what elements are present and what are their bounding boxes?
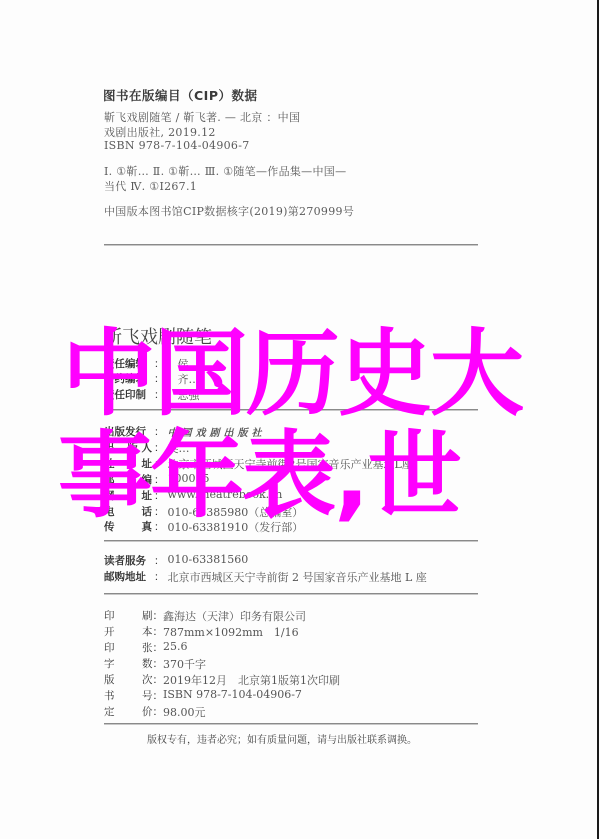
publisher-row: 传真： 010-63381910（发行部） xyxy=(104,519,303,535)
key-char: 邮 xyxy=(104,472,115,487)
copyright-page: 图书在版编目（CIP）数据 靳飞戏剧随笔 / 靳飞著. — 北京 ：中国 戏剧出… xyxy=(0,0,596,839)
printing-row: 印刷：鑫海达（天津）印务有限公司 xyxy=(104,608,306,624)
printing-key-b: 次 xyxy=(142,672,153,688)
cip-title: 图书在版编目（CIP）数据 xyxy=(103,86,258,104)
cip-isbn: ISBN 978-7-104-04906-7 xyxy=(104,139,250,152)
key-char: 编 xyxy=(142,472,153,487)
key-char: 话 xyxy=(142,504,153,520)
publisher-row: 邮编： 100055 xyxy=(104,472,210,487)
printing-row: 印张：25.6 xyxy=(104,640,188,655)
mail-order-key: 邮购地址 xyxy=(104,569,154,585)
editor-row: 责任编辑： 侯… xyxy=(104,356,200,372)
publisher-name: 中国戏剧出版社 xyxy=(168,424,266,439)
key-char: 网 xyxy=(104,488,115,503)
mail-order-row: 邮购地址： 北京市西城区天宁寺前街 2 号国家音乐产业基地 L 座 xyxy=(104,569,427,585)
printing-row: 定价：98.00元 xyxy=(104,704,206,720)
printing-row: 书号：ISBN 978-7-104-04906-7 xyxy=(104,688,302,703)
key-char: 出 xyxy=(104,440,115,456)
key-char: 电 xyxy=(104,504,115,520)
printing-key-a: 定 xyxy=(104,704,142,720)
editor-value: 志强 xyxy=(178,387,200,403)
publisher-fax: 010-63381910（发行部） xyxy=(168,519,304,535)
isbn-value: ISBN 978-7-104-04906-7 xyxy=(163,688,302,703)
publisher-address: 北京市西城区天宁寺前街2号国家音乐产业基地L座 xyxy=(168,456,413,472)
cip-line: 靳飞戏剧随笔 / 靳飞著. — 北京 ：中国 xyxy=(104,109,300,125)
editor-key: 责任编辑 xyxy=(104,356,154,372)
key-char: 传 xyxy=(104,519,115,535)
printing-key-a: 印 xyxy=(104,608,142,624)
printing-key-b: 本 xyxy=(142,624,153,640)
reader-service-row: 读者服务： 010-63381560 xyxy=(104,553,248,568)
edition-value: 2019年12月 北京第1版第1次印刷 xyxy=(163,672,340,688)
publisher-row: 出版发行： 中国戏剧出版社 xyxy=(104,424,266,439)
editor-key: 责任印制 xyxy=(104,387,154,403)
publisher-phone: 010-63385980（总编室） xyxy=(168,504,304,520)
editor-row: 特约编辑： 齐… xyxy=(104,371,200,387)
printing-key-b: 号 xyxy=(142,688,153,703)
editor-value: 侯… xyxy=(178,356,200,372)
printing-row: 字数：370千字 xyxy=(104,656,206,672)
publisher-person: 樊… xyxy=(168,440,190,456)
cip-classification: 当代 Ⅳ. ①I267.1 xyxy=(104,178,197,194)
publisher-key: 出版发行 xyxy=(104,424,154,439)
cip-library-record: 中国版本图书馆CIP数据核字(2019)第270999号 xyxy=(104,203,354,219)
publisher-website: www.theatrebook.cn xyxy=(168,488,283,503)
divider xyxy=(104,409,478,411)
editor-value: 齐… xyxy=(178,371,200,387)
editor-key: 特约编辑 xyxy=(104,371,154,387)
format-value: 787mm×1092mm 1/16 xyxy=(163,624,299,640)
printing-key-b: 数 xyxy=(142,656,153,672)
book-title: 靳飞戏剧随笔 xyxy=(104,323,212,349)
publisher-row: 出版 人： 樊… xyxy=(104,440,190,456)
printing-key-a: 书 xyxy=(104,688,142,703)
divider xyxy=(104,723,478,725)
reader-service-key: 读者服务 xyxy=(104,553,154,568)
key-char: 版 人 xyxy=(127,440,152,456)
cip-classification: Ⅰ. ①靳… Ⅱ. ①靳… Ⅲ. ①随笔—作品集—中国— xyxy=(104,163,346,179)
key-char: 址 xyxy=(142,456,153,472)
printing-key-b: 价 xyxy=(142,704,153,720)
key-char: 址 xyxy=(142,488,153,503)
editor-row: 责任印制： 志强 xyxy=(104,387,200,403)
printer-value: 鑫海达（天津）印务有限公司 xyxy=(163,608,306,624)
divider xyxy=(104,593,478,595)
page-edge xyxy=(597,0,599,839)
mail-order-address: 北京市西城区天宁寺前街 2 号国家音乐产业基地 L 座 xyxy=(168,569,427,585)
word-count-value: 370千字 xyxy=(163,656,206,672)
copyright-notice: 版权专有，违者必究；如有质量问题，请与出版社联系调换。 xyxy=(147,731,417,746)
printing-key-a: 字 xyxy=(104,656,142,672)
publisher-row: 网址： www.theatrebook.cn xyxy=(104,488,282,503)
printing-key-b: 张 xyxy=(142,640,153,655)
reader-service-phone: 010-63381560 xyxy=(168,553,249,568)
publisher-row: 社址： 北京市西城区天宁寺前街2号国家音乐产业基地L座 xyxy=(104,456,413,472)
divider xyxy=(104,540,478,542)
printing-key-a: 开 xyxy=(104,624,142,640)
publisher-row: 电话： 010-63385980（总编室） xyxy=(104,504,303,520)
price-value: 98.00元 xyxy=(163,704,206,720)
printing-row: 版次：2019年12月 北京第1版第1次印刷 xyxy=(104,672,340,688)
key-char: 真 xyxy=(142,519,153,535)
divider xyxy=(104,244,478,246)
cip-line: 戏剧出版社, 2019.12 xyxy=(104,124,216,140)
printing-key-b: 刷 xyxy=(142,608,153,624)
publisher-postcode: 100055 xyxy=(168,472,210,487)
key-char: 社 xyxy=(104,456,115,472)
printing-row: 开本：787mm×1092mm 1/16 xyxy=(104,624,299,640)
printing-key-a: 印 xyxy=(104,640,142,655)
printing-key-a: 版 xyxy=(104,672,142,688)
sheets-value: 25.6 xyxy=(163,640,188,655)
